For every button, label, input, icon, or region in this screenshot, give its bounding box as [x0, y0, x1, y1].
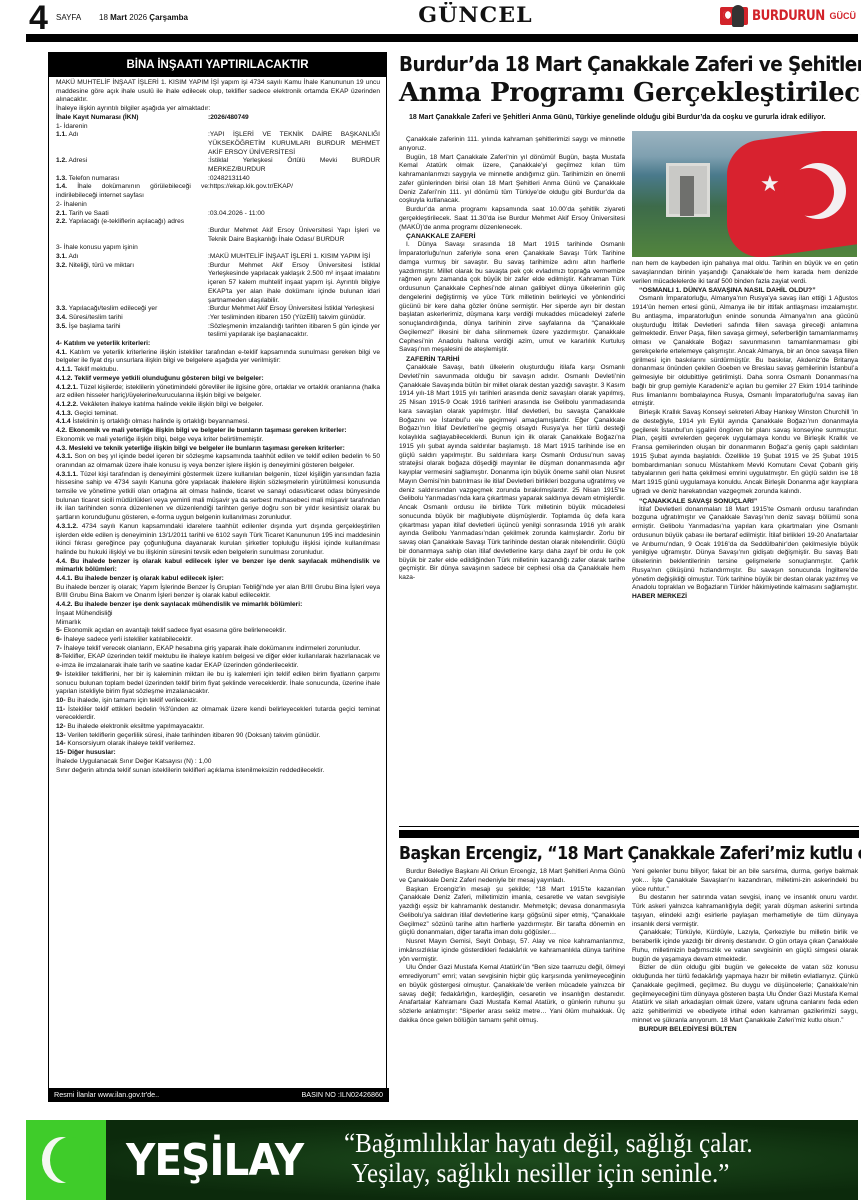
article1-photo-canakkale-memorial-flag[interactable]: ★ [632, 131, 857, 257]
section-title: GÜNCEL [418, 2, 532, 28]
crescent-icon [42, 1137, 82, 1183]
memorial-monument-shape [666, 163, 710, 217]
article1-lead: 18 Mart Çanakkale Zaferi ve Şehitleri An… [399, 113, 857, 123]
subhead-osmanli: “OSMANLI 1. DÜNYA SAVAŞINA NASIL DAHİL O… [639, 286, 858, 295]
subhead-sonuclar: “ÇANAKKALE SAVAŞI SONUÇLARI” [639, 497, 858, 506]
yesilay-banner-ad[interactable]: YEŞİLAY “Bağımlılıklar hayatı değil, sağ… [26, 1120, 858, 1200]
page-number: 4 [29, 0, 48, 38]
ataturk-silhouette-icon [732, 5, 744, 27]
star-icon: ★ [760, 173, 780, 195]
yesilay-logo-box [26, 1120, 106, 1200]
article2-signature: BURDUR BELEDİYESİ BÜLTEN [639, 1026, 737, 1033]
header-rule [26, 34, 858, 42]
yesilay-brand: YEŞİLAY [126, 1135, 303, 1186]
ad-body: MAKÜ MUHTELİF İNŞAAT İŞLERİ 1. KISIM YAP… [49, 77, 386, 775]
subhead-canakkale-zaferi: ÇANAKKALE ZAFERİ [406, 232, 625, 241]
page-word: SAYFA [56, 13, 81, 23]
issue-date: 18 Mart 2026 Çarşamba [99, 13, 188, 23]
tender-announcement: BİNA İNŞAATI YAPTIRILACAKTIR MAKÜ MUHTEL… [48, 52, 387, 1102]
yesilay-slogan: “Bağımlılıklar hayatı değil, sağlığı çal… [344, 1128, 753, 1188]
ad-footer: Resmi İlanlar www.ilan.gov.tr'de.. BASIN… [48, 1088, 389, 1102]
ad-title: BİNA İNŞAATI YAPTIRILACAKTIR [49, 53, 386, 77]
article2-headline[interactable]: Başkan Ercengiz, “18 Mart Çanakkale Zafe… [399, 842, 859, 866]
article1-signature: HABER MERKEZİ [632, 593, 687, 600]
article1-column1: Çanakkale zaferinin 111. yılında kahrama… [399, 136, 625, 824]
press-number: BASIN NO :ILN02426860 [301, 1088, 383, 1102]
article1-headline-line1[interactable]: Burdur’da 18 Mart Çanakkale Zaferi ve Şe… [399, 52, 859, 76]
article1-headline-line2[interactable]: Anma Programı Gerçekleştirilecek [399, 77, 859, 109]
article1-column2: nan hem de kaybeden için pahalıya mal ol… [632, 260, 858, 825]
newspaper-logo[interactable]: BURDURUN GÜCÜ [720, 5, 856, 27]
article2-column1: Burdur Belediye Başkanı Ali Orkun Erceng… [399, 868, 625, 1116]
article2-column2: Yeni gelenler bunu biliyor; fakat bir an… [632, 868, 858, 1116]
subhead-zaferin-tarihi: ZAFERİN TARİHİ [406, 355, 625, 364]
ekap-link[interactable]: :https://ekap.kik.gov.tr/EKAP/ [208, 183, 380, 200]
ilan-link[interactable]: Resmi İlanlar www.ilan.gov.tr'de.. [54, 1088, 159, 1102]
crescent-icon [790, 163, 846, 219]
article-separator [399, 830, 859, 838]
